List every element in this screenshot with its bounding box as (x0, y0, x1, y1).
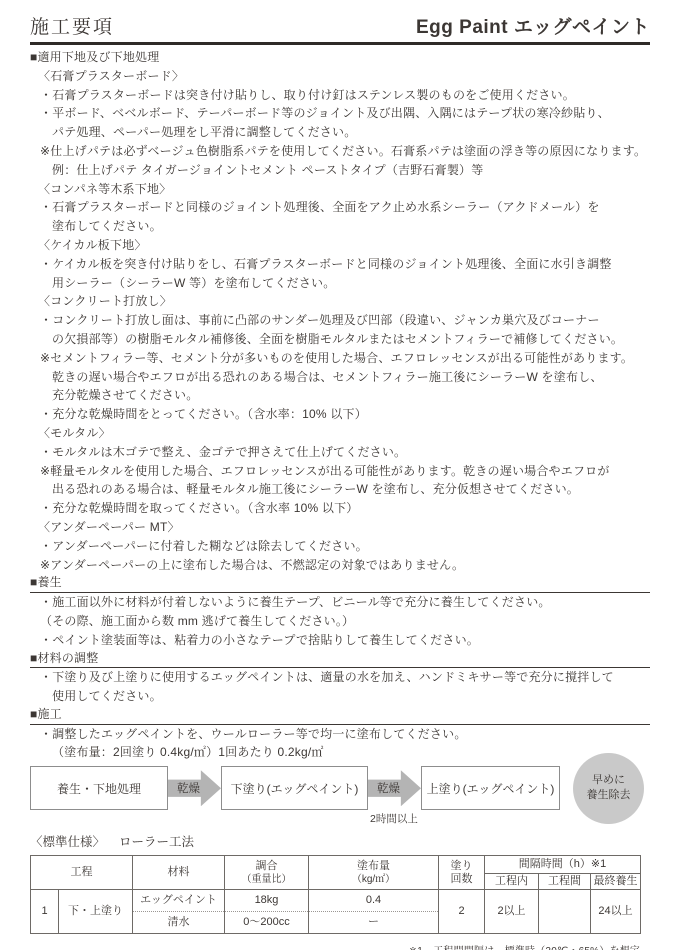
cell-row-no: 1 (31, 890, 59, 934)
col-header-mix: 調合 （重量比） (225, 856, 309, 890)
doc-line: ※仕上げパテは必ずベージュ色樹脂系パテを使用してください。石膏系パテは塗面の浮き… (30, 142, 650, 161)
doc-line: パテ処理、ペーパー処理をし平滑に調整してください。 (30, 123, 650, 142)
cell-material-1: エッグペイント (133, 890, 225, 912)
col-header-coats-line2: 回数 (439, 873, 484, 886)
doc-line: ・石膏プラスターボードと同様のジョイント処理後、全面をアク止め水系シーラー（アク… (30, 198, 650, 217)
col-header-coats-line1: 塗り (439, 860, 484, 873)
col-header-interval-in: 工程内 (485, 874, 539, 890)
flow-arrow-dry-1-label: 乾燥 (168, 770, 209, 806)
doc-line: ・平ボード、ベベルボード、テーパーボード等のジョイント及び出隅、入隅にはテープ状… (30, 104, 650, 123)
page-title: 施工要項 (30, 12, 114, 39)
flow-final-note-line2: 養生除去 (587, 788, 631, 803)
col-header-coats: 塗り 回数 (439, 856, 485, 890)
col-header-interval-between: 工程間 (539, 874, 591, 890)
doc-line: ・施工面以外に材料が付着しないように養生テープ、ビニール等で充分に養生してくださ… (30, 593, 650, 612)
col-header-interval: 間隔時間（h）※1 (485, 856, 641, 874)
doc-line: 〈ケイカル板下地〉 (30, 236, 650, 255)
col-header-coverage-line1: 塗布量 (309, 860, 438, 873)
col-header-mix-line2: （重量比） (225, 873, 308, 886)
doc-line: 〈アンダーペーパー MT〉 (30, 518, 650, 537)
doc-line: ※セメントフィラー等、セメント分が多いものを使用した場合、エフロレッセンスが出る… (30, 349, 650, 368)
cell-mix-2: 0～200cc (225, 912, 309, 934)
cell-process: 下・上塗り (59, 890, 133, 934)
doc-line: ・下塗り及び上塗りに使用するエッグペイントは、適量の水を加え、ハンドミキサー等で… (30, 668, 650, 687)
doc-line: 〈コンパネ等木系下地〉 (30, 180, 650, 199)
page-header: 施工要項 Egg Paint エッグペイント (30, 12, 650, 45)
doc-line: ・モルタルは木ゴテで整え、金ゴテで押さえて仕上げてください。 (30, 443, 650, 462)
doc-line: 〈コンクリート打放し〉 (30, 292, 650, 311)
doc-line: ・石膏プラスターボードは突き付け貼りし、取り付け釘はステンレス製のものをご使用く… (30, 86, 650, 105)
document-page: 施工要項 Egg Paint エッグペイント ■適用下地及び下地処理〈石膏プラス… (0, 0, 680, 950)
flow-arrow-dry-2-label: 乾燥 (368, 770, 409, 806)
cell-coverage-1: 0.4 (309, 890, 439, 912)
doc-line: （その際、施工面から数 mm 逃げて養生してください。） (30, 612, 650, 631)
flow-final-note-circle: 早めに 養生除去 (573, 753, 644, 824)
doc-line: の欠損部等）の樹脂モルタル補修後、全面を樹脂モルタルまたはセメントフィラーで補修… (30, 330, 650, 349)
col-header-coverage-line2: （kg/㎡） (309, 873, 438, 886)
document-lines: ■適用下地及び下地処理〈石膏プラスターボード〉・石膏プラスターボードは突き付け貼… (30, 48, 650, 762)
doc-line: ・ケイカル板を突き付け貼りをし、石膏プラスターボードと同様のジョイント処理後、全… (30, 255, 650, 274)
spec-heading-method: ローラー工法 (119, 835, 194, 849)
doc-line: ■適用下地及び下地処理 (30, 48, 650, 67)
process-flow-diagram: 養生・下地処理 乾燥 下塗り(エッグペイント) 乾燥 2時間以上 上塗り(エッグ… (30, 754, 650, 822)
doc-line: ■施工 (30, 706, 650, 725)
doc-line: 塗布してください。 (30, 217, 650, 236)
col-header-coverage: 塗布量 （kg/㎡） (309, 856, 439, 890)
cell-material-2: 清水 (133, 912, 225, 934)
doc-line: 充分乾燥させてください。 (30, 386, 650, 405)
flow-step-undercoat: 下塗り(エッグペイント) (221, 766, 368, 810)
spec-heading: 〈標準仕様〉ローラー工法 (30, 832, 650, 850)
col-header-material: 材料 (133, 856, 225, 890)
doc-line: ■材料の調整 (30, 650, 650, 669)
flow-step-topcoat: 上塗り(エッグペイント) (421, 766, 560, 810)
doc-line: ・ペイント塗装面等は、粘着力の小さなテープで捨貼りして養生してください。 (30, 631, 650, 650)
product-name: Egg Paint エッグペイント (416, 12, 650, 39)
flow-dry-time-note: 2時間以上 (370, 811, 418, 826)
col-header-mix-line1: 調合 (225, 860, 308, 873)
doc-line: ・アンダーペーパーに付着した糊などは除去してください。 (30, 537, 650, 556)
flow-arrow-dry-2: 乾燥 2時間以上 (368, 770, 421, 806)
spec-heading-label: 〈標準仕様〉 (30, 835, 105, 849)
doc-line: 用シーラー（シーラーW 等）を塗布してください。 (30, 274, 650, 293)
doc-line: 使用してください。 (30, 687, 650, 706)
table-footnote: ※1 工程間間隔は、標準時（20℃・65%）を想定 (30, 942, 640, 950)
doc-line: 例：仕上げパテ タイガージョイントセメント ペーストタイプ（吉野石膏製）等 (30, 161, 650, 180)
col-header-final-cure: 最終養生 (591, 874, 641, 890)
cell-interval-between (539, 890, 591, 934)
doc-line: ・調整したエッグペイントを、ウールローラー等で均一に塗布してください。 (30, 725, 650, 744)
doc-line: ・充分な乾燥時間をとってください。（含水率：10% 以下） (30, 405, 650, 424)
doc-line: ※アンダーペーパーの上に塗布した場合は、不燃認定の対象ではありません。 (30, 556, 650, 575)
doc-line: ■養生 (30, 574, 650, 593)
cell-interval-in: 2以上 (485, 890, 539, 934)
cell-coverage-2: ー (309, 912, 439, 934)
flow-final-note-line1: 早めに (592, 773, 625, 788)
spec-table: 工程 材料 調合 （重量比） 塗布量 （kg/㎡） 塗り 回数 間隔時間（h）※… (30, 855, 641, 934)
doc-line: ・充分な乾燥時間を取ってください。（含水率 10% 以下） (30, 499, 650, 518)
doc-line: 〈モルタル〉 (30, 424, 650, 443)
flow-arrow-dry-1: 乾燥 (168, 770, 221, 806)
col-header-process: 工程 (31, 856, 133, 890)
doc-line: ※軽量モルタルを使用した場合、エフロレッセンスが出る可能性があります。乾きの遅い… (30, 462, 650, 481)
doc-line: 出る恐れのある場合は、軽量モルタル施工後にシーラーW を塗布し、充分仮想させてく… (30, 480, 650, 499)
doc-line: 〈石膏プラスターボード〉 (30, 67, 650, 86)
cell-coats: 2 (439, 890, 485, 934)
flow-step-preparation: 養生・下地処理 (30, 766, 168, 810)
doc-line: 乾きの遅い場合やエフロが出る恐れのある場合は、セメントフィラー施工後にシーラーW… (30, 368, 650, 387)
cell-mix-1: 18kg (225, 890, 309, 912)
doc-line: ・コンクリート打放し面は、事前に凸部のサンダー処理及び凹部（段違い、ジャンカ巣穴… (30, 311, 650, 330)
cell-final-cure: 24以上 (591, 890, 641, 934)
